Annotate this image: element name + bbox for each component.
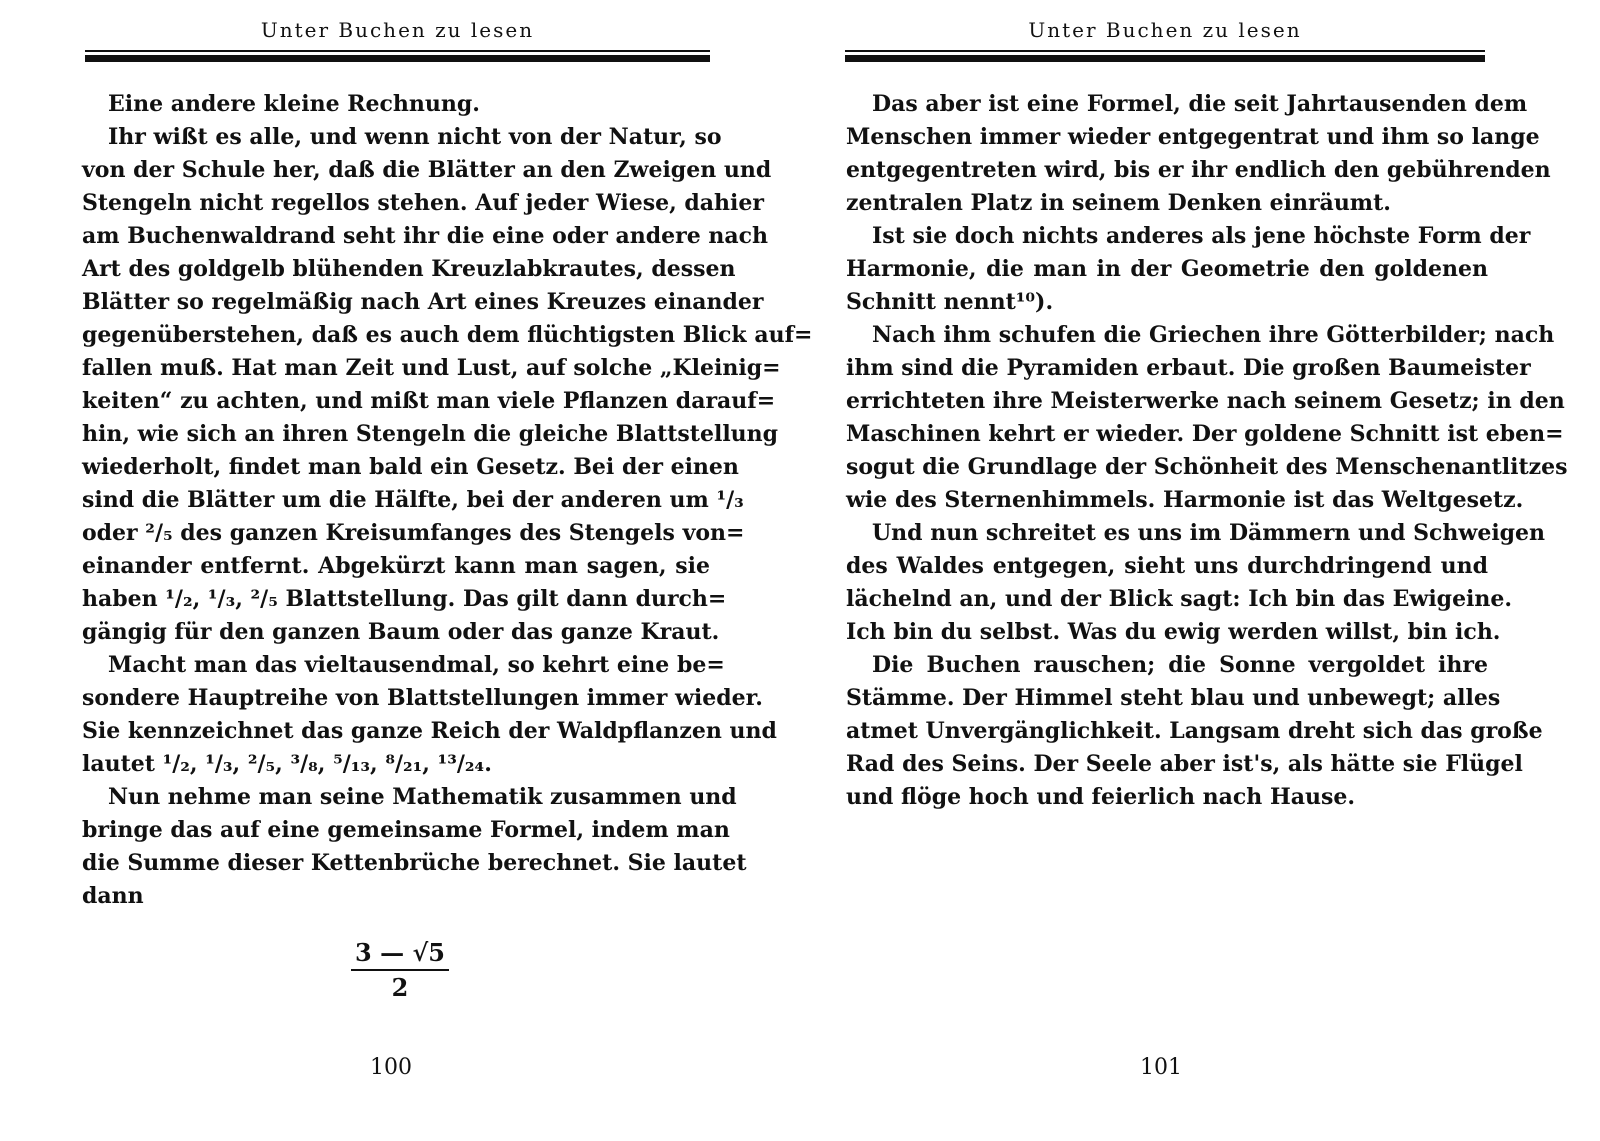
- text-line: sondere Hauptreihe von Blattstellungen i…: [82, 682, 710, 715]
- text-line: Und nun schreitet es uns im Dämmern und …: [846, 517, 1488, 550]
- text-line: Blätter so regelmäßig nach Art eines Kre…: [82, 286, 710, 319]
- text-line: und flöge hoch und feierlich nach Hause.: [846, 781, 1488, 814]
- text-line: lautet ¹/₂, ¹/₃, ²/₅, ³/₈, ⁵/₁₃, ⁸/₂₁, ¹…: [82, 748, 710, 781]
- text-line: von der Schule her, daß die Blätter an d…: [82, 154, 710, 187]
- text-line: errichteten ihre Meisterwerke nach seine…: [846, 385, 1488, 418]
- page-number: 101: [1140, 1055, 1182, 1080]
- text-line: Stengeln nicht regellos stehen. Auf jede…: [82, 187, 710, 220]
- text-line: Rad des Seins. Der Seele aber ist's, als…: [846, 748, 1488, 781]
- text-line: gegenüberstehen, daß es auch dem flüchti…: [82, 319, 710, 352]
- body-text: Eine andere kleine Rechnung.Ihr wißt es …: [82, 88, 710, 913]
- text-line: Maschinen kehrt er wieder. Der goldene S…: [846, 418, 1488, 451]
- text-line: Stämme. Der Himmel steht blau und unbewe…: [846, 682, 1488, 715]
- text-line: Schnitt nennt¹⁰).: [846, 286, 1488, 319]
- left-page: Unter Buchen zu lesen Eine andere kleine…: [0, 0, 800, 1141]
- golden-ratio-formula: 3 — √5 2: [0, 938, 800, 1002]
- text-line: Macht man das vieltausendmal, so kehrt e…: [82, 649, 710, 682]
- text-line: Art des goldgelb blühenden Kreuzlabkraut…: [82, 253, 710, 286]
- text-line: hin, wie sich an ihren Stengeln die glei…: [82, 418, 710, 451]
- page-number: 100: [370, 1055, 412, 1080]
- text-line: wie des Sternenhimmels. Harmonie ist das…: [846, 484, 1488, 517]
- text-line: entgegentreten wird, bis er ihr endlich …: [846, 154, 1488, 187]
- text-line: am Buchenwaldrand seht ihr die eine oder…: [82, 220, 710, 253]
- text-line: sogut die Grundlage der Schönheit des Me…: [846, 451, 1488, 484]
- text-line: bringe das auf eine gemeinsame Formel, i…: [82, 814, 710, 847]
- text-line: lächelnd an, und der Blick sagt: Ich bin…: [846, 583, 1488, 616]
- body-text: Das aber ist eine Formel, die seit Jahrt…: [846, 88, 1488, 814]
- text-line: des Waldes entgegen, sieht uns durchdrin…: [846, 550, 1488, 583]
- text-line: Eine andere kleine Rechnung.: [82, 88, 710, 121]
- text-line: oder ²/₅ des ganzen Kreisumfanges des St…: [82, 517, 710, 550]
- text-line: Harmonie, die man in der Geometrie den g…: [846, 253, 1488, 286]
- header-rule: [845, 50, 1485, 62]
- text-line: ihm sind die Pyramiden erbaut. Die große…: [846, 352, 1488, 385]
- formula-numerator: 3 — √5: [351, 938, 449, 971]
- text-line: einander entfernt. Abgekürzt kann man sa…: [82, 550, 710, 583]
- text-line: Das aber ist eine Formel, die seit Jahrt…: [846, 88, 1488, 121]
- text-line: Die Buchen rauschen; die Sonne vergoldet…: [846, 649, 1488, 682]
- text-line: gängig für den ganzen Baum oder das ganz…: [82, 616, 710, 649]
- text-line: Menschen immer wieder entgegentrat und i…: [846, 121, 1488, 154]
- text-line: fallen muß. Hat man Zeit und Lust, auf s…: [82, 352, 710, 385]
- formula-denominator: 2: [0, 973, 800, 1002]
- text-line: Nach ihm schufen die Griechen ihre Götte…: [846, 319, 1488, 352]
- text-line: keiten“ zu achten, und mißt man viele Pf…: [82, 385, 710, 418]
- text-line: Nun nehme man seine Mathematik zusammen …: [82, 781, 710, 814]
- text-line: zentralen Platz in seinem Denken einräum…: [846, 187, 1488, 220]
- text-line: Sie kennzeichnet das ganze Reich der Wal…: [82, 715, 710, 748]
- running-head: Unter Buchen zu lesen: [85, 18, 710, 42]
- text-line: sind die Blätter um die Hälfte, bei der …: [82, 484, 710, 517]
- header-rule: [85, 50, 710, 62]
- text-line: die Summe dieser Kettenbrüche berechnet.…: [82, 847, 710, 880]
- text-line: Ich bin du selbst. Was du ewig werden wi…: [846, 616, 1488, 649]
- text-line: Ihr wißt es alle, und wenn nicht von der…: [82, 121, 710, 154]
- right-page: Unter Buchen zu lesen Das aber ist eine …: [800, 0, 1600, 1141]
- text-line: wiederholt, findet man bald ein Gesetz. …: [82, 451, 710, 484]
- running-head: Unter Buchen zu lesen: [845, 18, 1485, 42]
- text-line: atmet Unvergänglichkeit. Langsam dreht s…: [846, 715, 1488, 748]
- text-line: Ist sie doch nichts anderes als jene höc…: [846, 220, 1488, 253]
- text-line: haben ¹/₂, ¹/₃, ²/₅ Blattstellung. Das g…: [82, 583, 710, 616]
- text-line: dann: [82, 880, 710, 913]
